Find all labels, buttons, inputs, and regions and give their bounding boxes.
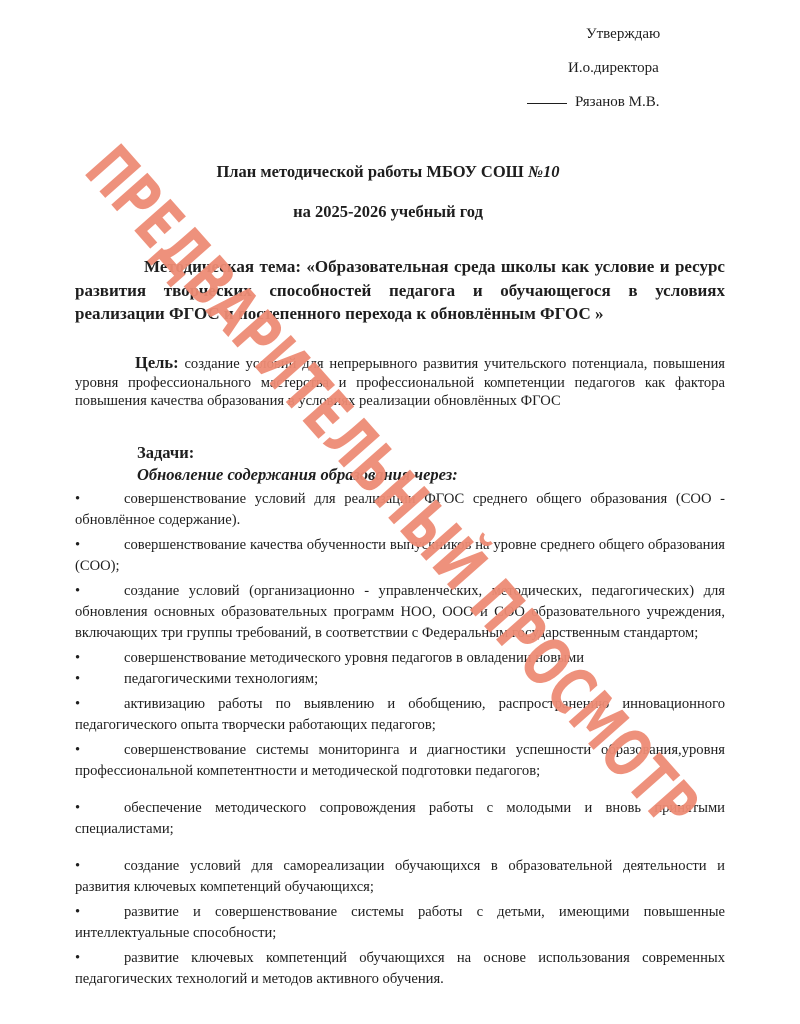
list-item: •совершенствование качества обученности … bbox=[75, 535, 725, 577]
list-item: •создание условий для самореализации обу… bbox=[75, 856, 725, 898]
goal-paragraph: Цель: создание условий для непрерывного … bbox=[75, 354, 725, 411]
list-item: •активизацию работы по выявлению и обобщ… bbox=[75, 694, 725, 736]
bullet-icon: • bbox=[75, 902, 80, 923]
list-item: •создание условий (организационно - упра… bbox=[75, 581, 725, 644]
bullet-icon: • bbox=[75, 948, 80, 969]
document-title: План методической работы МБОУ СОШ №10 bbox=[0, 162, 788, 182]
approver-name: Рязанов М.В. bbox=[575, 94, 659, 110]
bullet-icon: • bbox=[75, 798, 80, 819]
bullet-icon: • bbox=[75, 535, 80, 556]
list-item: •обеспечение методического сопровождения… bbox=[75, 798, 725, 840]
list-item: •педагогическими технологиям; bbox=[75, 669, 725, 690]
list-item: •совершенствование системы мониторинга и… bbox=[75, 740, 725, 782]
bullet-icon: • bbox=[75, 740, 80, 761]
bullet-icon: • bbox=[75, 648, 80, 669]
school-number: №10 bbox=[528, 162, 560, 181]
list-item: •развитие ключевых компетенций обучающих… bbox=[75, 948, 725, 990]
bullet-icon: • bbox=[75, 489, 80, 510]
bullet-icon: • bbox=[75, 581, 80, 602]
tasks-heading: Задачи: bbox=[137, 443, 194, 463]
document-page: Утверждаю И.о.директора Рязанов М.В. Пла… bbox=[0, 0, 800, 1024]
bullet-icon: • bbox=[75, 669, 80, 690]
bullet-icon: • bbox=[75, 856, 80, 877]
tasks-list: •совершенствование условий для реализаци… bbox=[75, 489, 725, 990]
goal-label: Цель: bbox=[75, 353, 179, 372]
methodical-theme: Методическая тема: «Образовательная сред… bbox=[75, 255, 725, 326]
approval-signature: Рязанов М.В. bbox=[527, 94, 659, 111]
theme-label: Методическая тема bbox=[75, 257, 295, 276]
academic-year: на 2025-2026 учебный год bbox=[0, 202, 788, 222]
approval-position: И.о.директора bbox=[568, 60, 659, 77]
bullet-icon: • bbox=[75, 694, 80, 715]
list-item: •совершенствование условий для реализаци… bbox=[75, 489, 725, 531]
list-item: •развитие и совершенствование системы ра… bbox=[75, 902, 725, 944]
signature-line bbox=[527, 103, 567, 104]
list-item: •совершенствование методического уровня … bbox=[75, 648, 725, 669]
title-main: План методической работы МБОУ СОШ bbox=[216, 162, 528, 181]
tasks-subheading: Обновление содержания образования через: bbox=[137, 465, 458, 485]
approval-heading: Утверждаю bbox=[586, 26, 660, 43]
